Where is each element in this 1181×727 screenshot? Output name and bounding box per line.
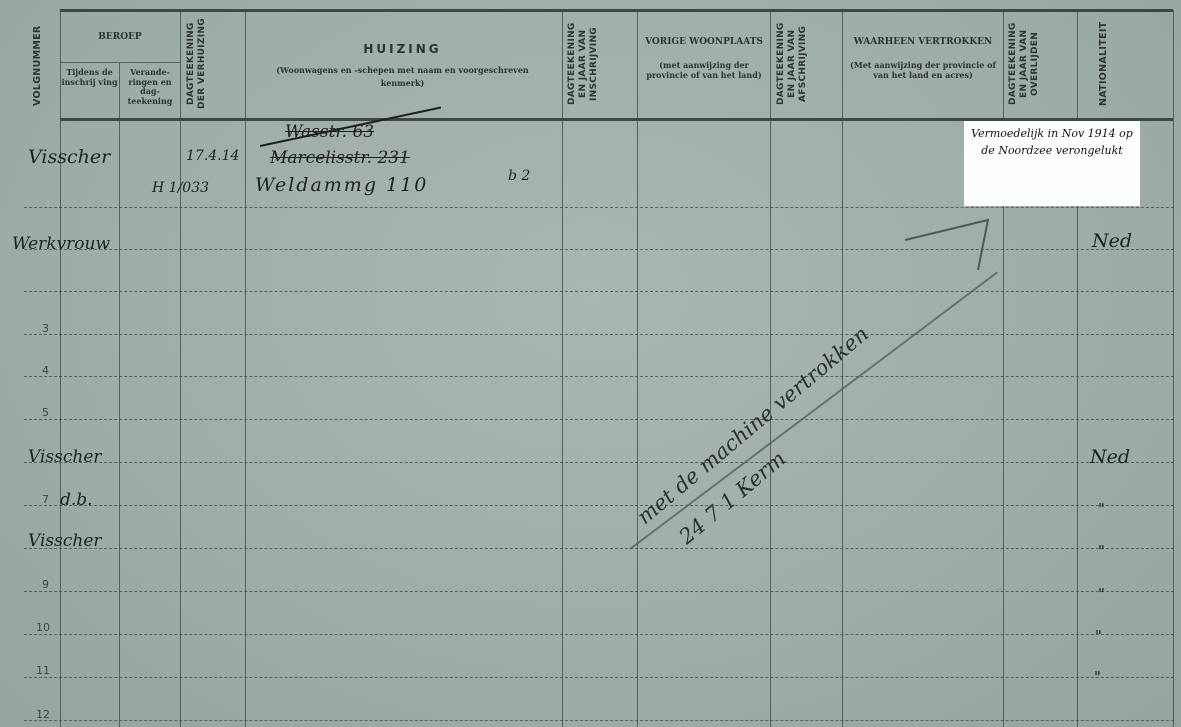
header-nationaliteit: NATIONALITEIT xyxy=(1098,14,1120,114)
entry-address-3-sup: b 2 xyxy=(508,168,530,184)
row-rule xyxy=(24,548,1174,549)
row-rule xyxy=(24,634,1174,635)
ditto-mark: " xyxy=(1095,627,1102,645)
header-beroep-veranderingen: Verande-ringen en dag-teekening xyxy=(120,68,180,106)
entry-beroep-row2: Werkvrouw xyxy=(12,234,110,254)
ditto-mark: " xyxy=(1094,668,1101,686)
header-waarheen: WAARHEEN VERTROKKEN xyxy=(845,37,1001,48)
header-dag-afschrijving: DAGTEEKENING EN JAAR VAN AFSCHRIJVING xyxy=(776,14,838,114)
death-note-text: Vermoedelijk in Nov 1914 op de Noordzee … xyxy=(971,127,1133,157)
entry-address-2: Marcelisstr. 231 xyxy=(270,148,410,168)
row-number: 7 xyxy=(42,493,49,506)
row-rule xyxy=(24,505,1174,506)
beroep-sub-rule xyxy=(60,62,180,63)
row-rule xyxy=(24,677,1174,678)
row-rule xyxy=(24,720,1174,721)
header-vorige-woonplaats-sub: (met aanwijzing der provincie of van het… xyxy=(645,61,763,80)
entry-ref-row1: H 1/033 xyxy=(152,180,209,196)
row-number: 3 xyxy=(42,322,49,335)
entry-date-row1: 17.4.14 xyxy=(186,148,239,164)
header-top-rule xyxy=(60,9,1173,12)
death-note: Vermoedelijk in Nov 1914 op de Noordzee … xyxy=(964,121,1140,206)
ditto-mark: " xyxy=(1098,585,1105,603)
entry-beroep-row6: Visscher xyxy=(28,447,102,467)
header-huizing-sub: (Woonwagens en -schepen met naam en voor… xyxy=(270,64,535,90)
col-border xyxy=(1173,10,1174,727)
header-dag-inschrijving: DAGTEEKENING EN JAAR VAN INSCHRIJVING xyxy=(567,14,631,114)
ditto-mark: " xyxy=(1098,542,1105,560)
row-rule xyxy=(24,419,1174,420)
ditto-mark: " xyxy=(1098,500,1105,518)
row-rule xyxy=(24,207,1174,208)
header-dag-overlijden: DAGTEEKENING EN JAAR VAN OVERLIJDEN xyxy=(1008,14,1072,114)
col-border xyxy=(245,10,246,727)
col-border xyxy=(119,63,120,727)
header-dag-verhuizing: DAGTEEKENING DER VERHUIZING xyxy=(186,14,240,114)
col-border xyxy=(60,10,61,727)
entry-beroep-row1: Visscher xyxy=(28,146,110,168)
row-rule xyxy=(24,249,1174,250)
row-rule xyxy=(24,591,1174,592)
row-number: 5 xyxy=(42,406,49,419)
col-border xyxy=(1077,10,1078,727)
row-rule xyxy=(24,291,1174,292)
row-number: 9 xyxy=(42,578,49,591)
col-border xyxy=(842,10,843,727)
row-rule xyxy=(24,334,1174,335)
arrow-head-icon xyxy=(900,215,1000,285)
col-border xyxy=(770,10,771,727)
header-beroep: BEROEP xyxy=(60,32,180,42)
entry-nationaliteit-row2: Ned xyxy=(1092,230,1132,252)
entry-beroep-row8: Visscher xyxy=(28,531,102,551)
entry-nationaliteit-row6: Ned xyxy=(1090,446,1130,468)
header-beroep-tijdens: Tijdens de inschrij ving xyxy=(61,68,118,87)
row-number: 12 xyxy=(36,708,50,721)
col-border xyxy=(1003,10,1004,727)
row-number: 4 xyxy=(42,364,49,377)
entry-beroep-row7: d.b. xyxy=(60,490,93,510)
register-card: VOLGNUMMER BEROEP Tijdens de inschrij vi… xyxy=(0,0,1181,727)
row-number: 11 xyxy=(36,664,50,677)
diagonal-arrow-line xyxy=(629,271,998,549)
col-border xyxy=(637,10,638,727)
row-number: 10 xyxy=(36,621,50,634)
header-huizing: HUIZING xyxy=(250,42,555,56)
diagonal-note-1: met de machine vertrokken xyxy=(633,322,874,529)
header-waarheen-sub: (Met aanwijzing der provincie of van het… xyxy=(848,61,998,80)
entry-address-3: Weldammg 110 xyxy=(255,174,428,196)
col-border xyxy=(180,10,181,727)
row-rule xyxy=(24,376,1174,377)
col-border xyxy=(562,10,563,727)
header-vorige-woonplaats: VORIGE WOONPLAATS xyxy=(640,37,768,48)
row-rule xyxy=(24,462,1174,463)
header-volgnummer: VOLGNUMMER xyxy=(32,20,56,112)
